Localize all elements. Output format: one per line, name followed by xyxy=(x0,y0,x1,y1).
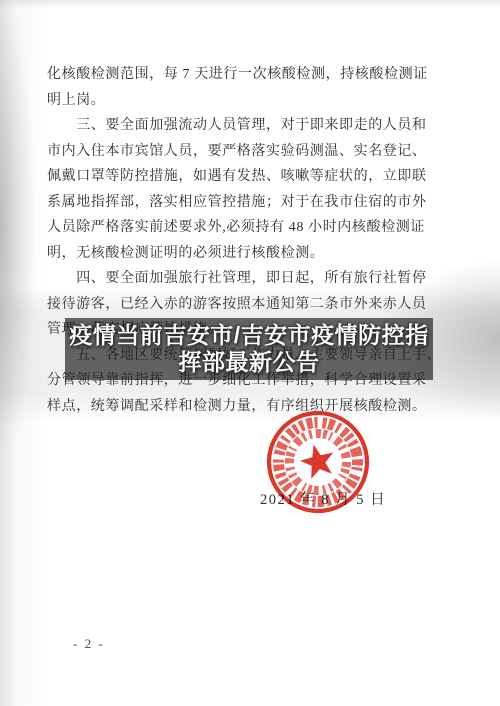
body-line: 化核酸检测范围，每 7 天进行一次核酸检测，持核酸检测证 xyxy=(47,62,439,88)
seal-star-icon xyxy=(297,440,338,480)
body-line: 三、要全面加强流动人员管理，对于即来即走的人员和 xyxy=(47,113,439,139)
body-line: 接待游客，已经入赤的游客按照本通知第二条市外来赤人员 xyxy=(47,292,439,318)
page-number: - 2 - xyxy=(73,636,105,652)
title-overlay-banner: 疫情当前吉安市/吉安市疫情防控指 挥部最新公告 xyxy=(65,318,433,380)
body-line: 市内入住本市宾馆人员，要严格落实验码测温、实名登记、 xyxy=(47,139,439,165)
body-line: 样点，统筹调配采样和检测力量，有序组织开展核酸检测。 xyxy=(47,394,439,420)
body-line: 佩戴口罩等防控措施，如遇有发热、咳嗽等症状的，立即联 xyxy=(47,164,439,190)
official-seal-icon xyxy=(264,408,372,516)
document-photo: 化核酸检测范围，每 7 天进行一次核酸检测，持核酸检测证 明上岗。 三、要全面加… xyxy=(0,0,500,706)
body-line: 人员除严格落实前述要求外,必须持有 48 小时内核酸检测证 xyxy=(47,215,439,241)
body-line: 系属地指挥部，落实相应管控措施；对于在我市住宿的市外 xyxy=(47,190,439,216)
body-line: 四、要全面加强旅行社管理，即日起，所有旅行社暂停 xyxy=(47,266,439,292)
body-line: 明，无核酸检测证明的必须进行核酸检测。 xyxy=(47,241,439,267)
overlay-title-line-1: 疫情当前吉安市/吉安市疫情防控指 xyxy=(69,322,428,349)
body-line: 明上岗。 xyxy=(47,88,439,114)
overlay-title-line-2: 挥部最新公告 xyxy=(179,349,320,376)
